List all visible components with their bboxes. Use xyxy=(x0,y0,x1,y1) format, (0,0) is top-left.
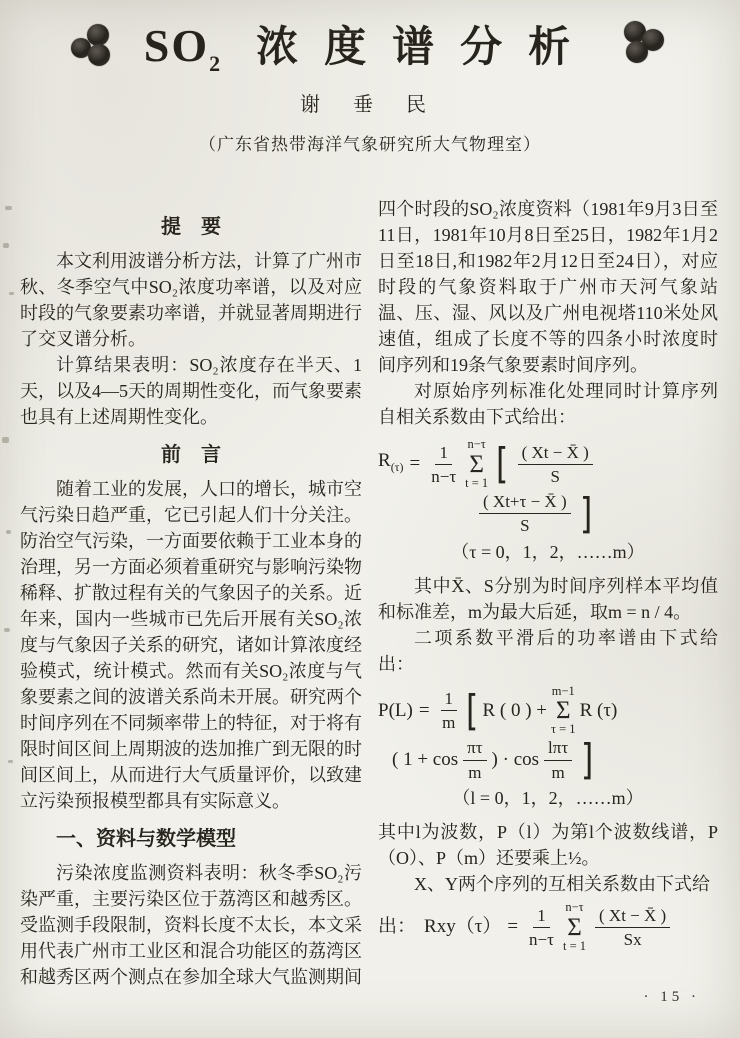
formula-autocorrelation: R(τ) = 1n−τ n−τΣt = 1 [ ( Xt − X̄ )S ( X… xyxy=(378,438,718,565)
scan-artifact xyxy=(3,243,9,248)
fraction: ( Xt − X̄ )Sx xyxy=(595,905,670,951)
scan-artifact xyxy=(4,628,10,632)
fraction: ( Xt − X̄ )S xyxy=(518,442,593,488)
open-bracket: [ xyxy=(496,443,508,485)
fraction: 1n−τ xyxy=(431,442,456,488)
close-bracket: ] xyxy=(581,739,593,781)
formula-condition: （τ = 0，1，2，……m） xyxy=(378,539,718,565)
section1-paragraph: 污染浓度监测资料表明：秋冬季SO₂污染严重，主要污染区位于荔湾区和越秀区。受监测… xyxy=(20,860,362,990)
summation-symbol: n−τΣt = 1 xyxy=(465,438,488,491)
fraction: 1m xyxy=(441,688,458,734)
title-chinese: 浓度谱分析 xyxy=(256,25,596,71)
intro-paragraph: 随着工业的发展，人口的增长，城市空气污染日趋严重，它已引起人们十分关注。防治空气… xyxy=(20,476,362,814)
scan-artifact xyxy=(2,437,9,443)
section1-heading: 一、资料与数学模型 xyxy=(56,826,362,852)
section1-paragraph: 四个时段的SO₂浓度资料（1981年9月3日至11日，1981年10月8日至25… xyxy=(378,196,718,378)
title-so2: SO2 xyxy=(144,20,222,71)
section1-paragraph: 二项系数平滑后的功率谱由下式给出： xyxy=(378,625,718,677)
author-name: 谢 垂 民 xyxy=(0,88,740,117)
fraction: πτm xyxy=(463,737,486,783)
formula-power-spectrum: P(L) = 1m [ R ( 0 ) + m−1Στ = 1 R (τ) ( … xyxy=(378,685,718,812)
abstract-heading: 提 要 xyxy=(20,214,362,240)
page-title: SO2浓度谱分析 xyxy=(0,14,740,77)
intro-heading: 前 言 xyxy=(20,442,362,468)
open-bracket: [ xyxy=(466,690,478,732)
fraction: lπτm xyxy=(544,737,572,783)
summation-symbol: n−τΣt = 1 xyxy=(563,901,586,954)
formula-lhs: Rxy（τ） xyxy=(424,914,501,940)
close-bracket: ] xyxy=(580,493,592,535)
formula-lhs: R(τ) xyxy=(378,448,404,480)
page-number: · 15 · xyxy=(644,989,701,1006)
section1-paragraph: X、Y两个序列的互相关系数由下式给 xyxy=(378,871,718,897)
abstract-paragraph: 本文利用波谱分析方法，计算了广州市秋、冬季空气中SO₂浓度功率谱，以及对应时段的… xyxy=(20,248,362,352)
summation-symbol: m−1Στ = 1 xyxy=(551,685,576,738)
scan-artifact xyxy=(5,206,12,210)
formula-cross-correlation: 出： Rxy（τ） = 1n−τ n−τΣt = 1 ( Xt − X̄ )Sx xyxy=(378,901,718,954)
author-affiliation: （广东省热带海洋气象研究所大气物理室） xyxy=(0,130,740,155)
formula-lhs: P(L) xyxy=(378,698,413,724)
scan-artifact xyxy=(6,530,11,534)
fraction: ( Xt+τ − X̄ )S xyxy=(479,491,571,537)
fraction: 1n−τ xyxy=(529,905,554,951)
journal-page: SO2浓度谱分析 谢 垂 民 （广东省热带海洋气象研究所大气物理室） 提 要 本… xyxy=(0,0,740,1038)
formula-condition: （l = 0，1，2，……m） xyxy=(378,785,718,811)
section1-paragraph: 其中l为波数，P（l）为第l个波数线谱，P（O）、P（m）还要乘上½。 xyxy=(378,819,718,871)
section1-paragraph: 其中X̄、S分别为时间序列样本平均值和标准差，m为最大后延，取m = n / 4… xyxy=(378,573,718,625)
scan-artifact xyxy=(9,292,14,295)
scan-artifact xyxy=(8,760,13,763)
section1-paragraph: 对原始序列标准化处理同时计算序列自相关系数由下式给出： xyxy=(378,378,718,430)
right-column: 四个时段的SO₂浓度资料（1981年9月3日至11日，1981年10月8日至25… xyxy=(378,196,718,962)
left-column: 提 要 本文利用波谱分析方法，计算了广州市秋、冬季空气中SO₂浓度功率谱，以及对… xyxy=(20,196,362,990)
abstract-paragraph: 计算结果表明：SO₂浓度存在半天、1天，以及4—5天的周期性变化，而气象要素也具… xyxy=(20,352,362,430)
